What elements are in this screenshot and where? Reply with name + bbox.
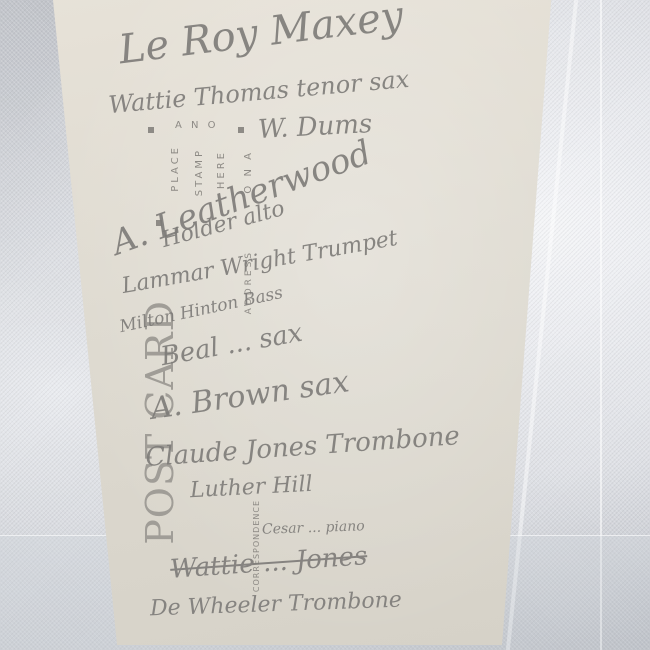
stamp-corner-marker bbox=[148, 127, 154, 133]
stamp-corner-marker bbox=[238, 127, 244, 133]
stamp-line-place: PLACE bbox=[170, 145, 181, 192]
stamp-line-stamp: STAMP bbox=[194, 148, 205, 196]
stamp-border-top: A N O bbox=[175, 120, 219, 131]
